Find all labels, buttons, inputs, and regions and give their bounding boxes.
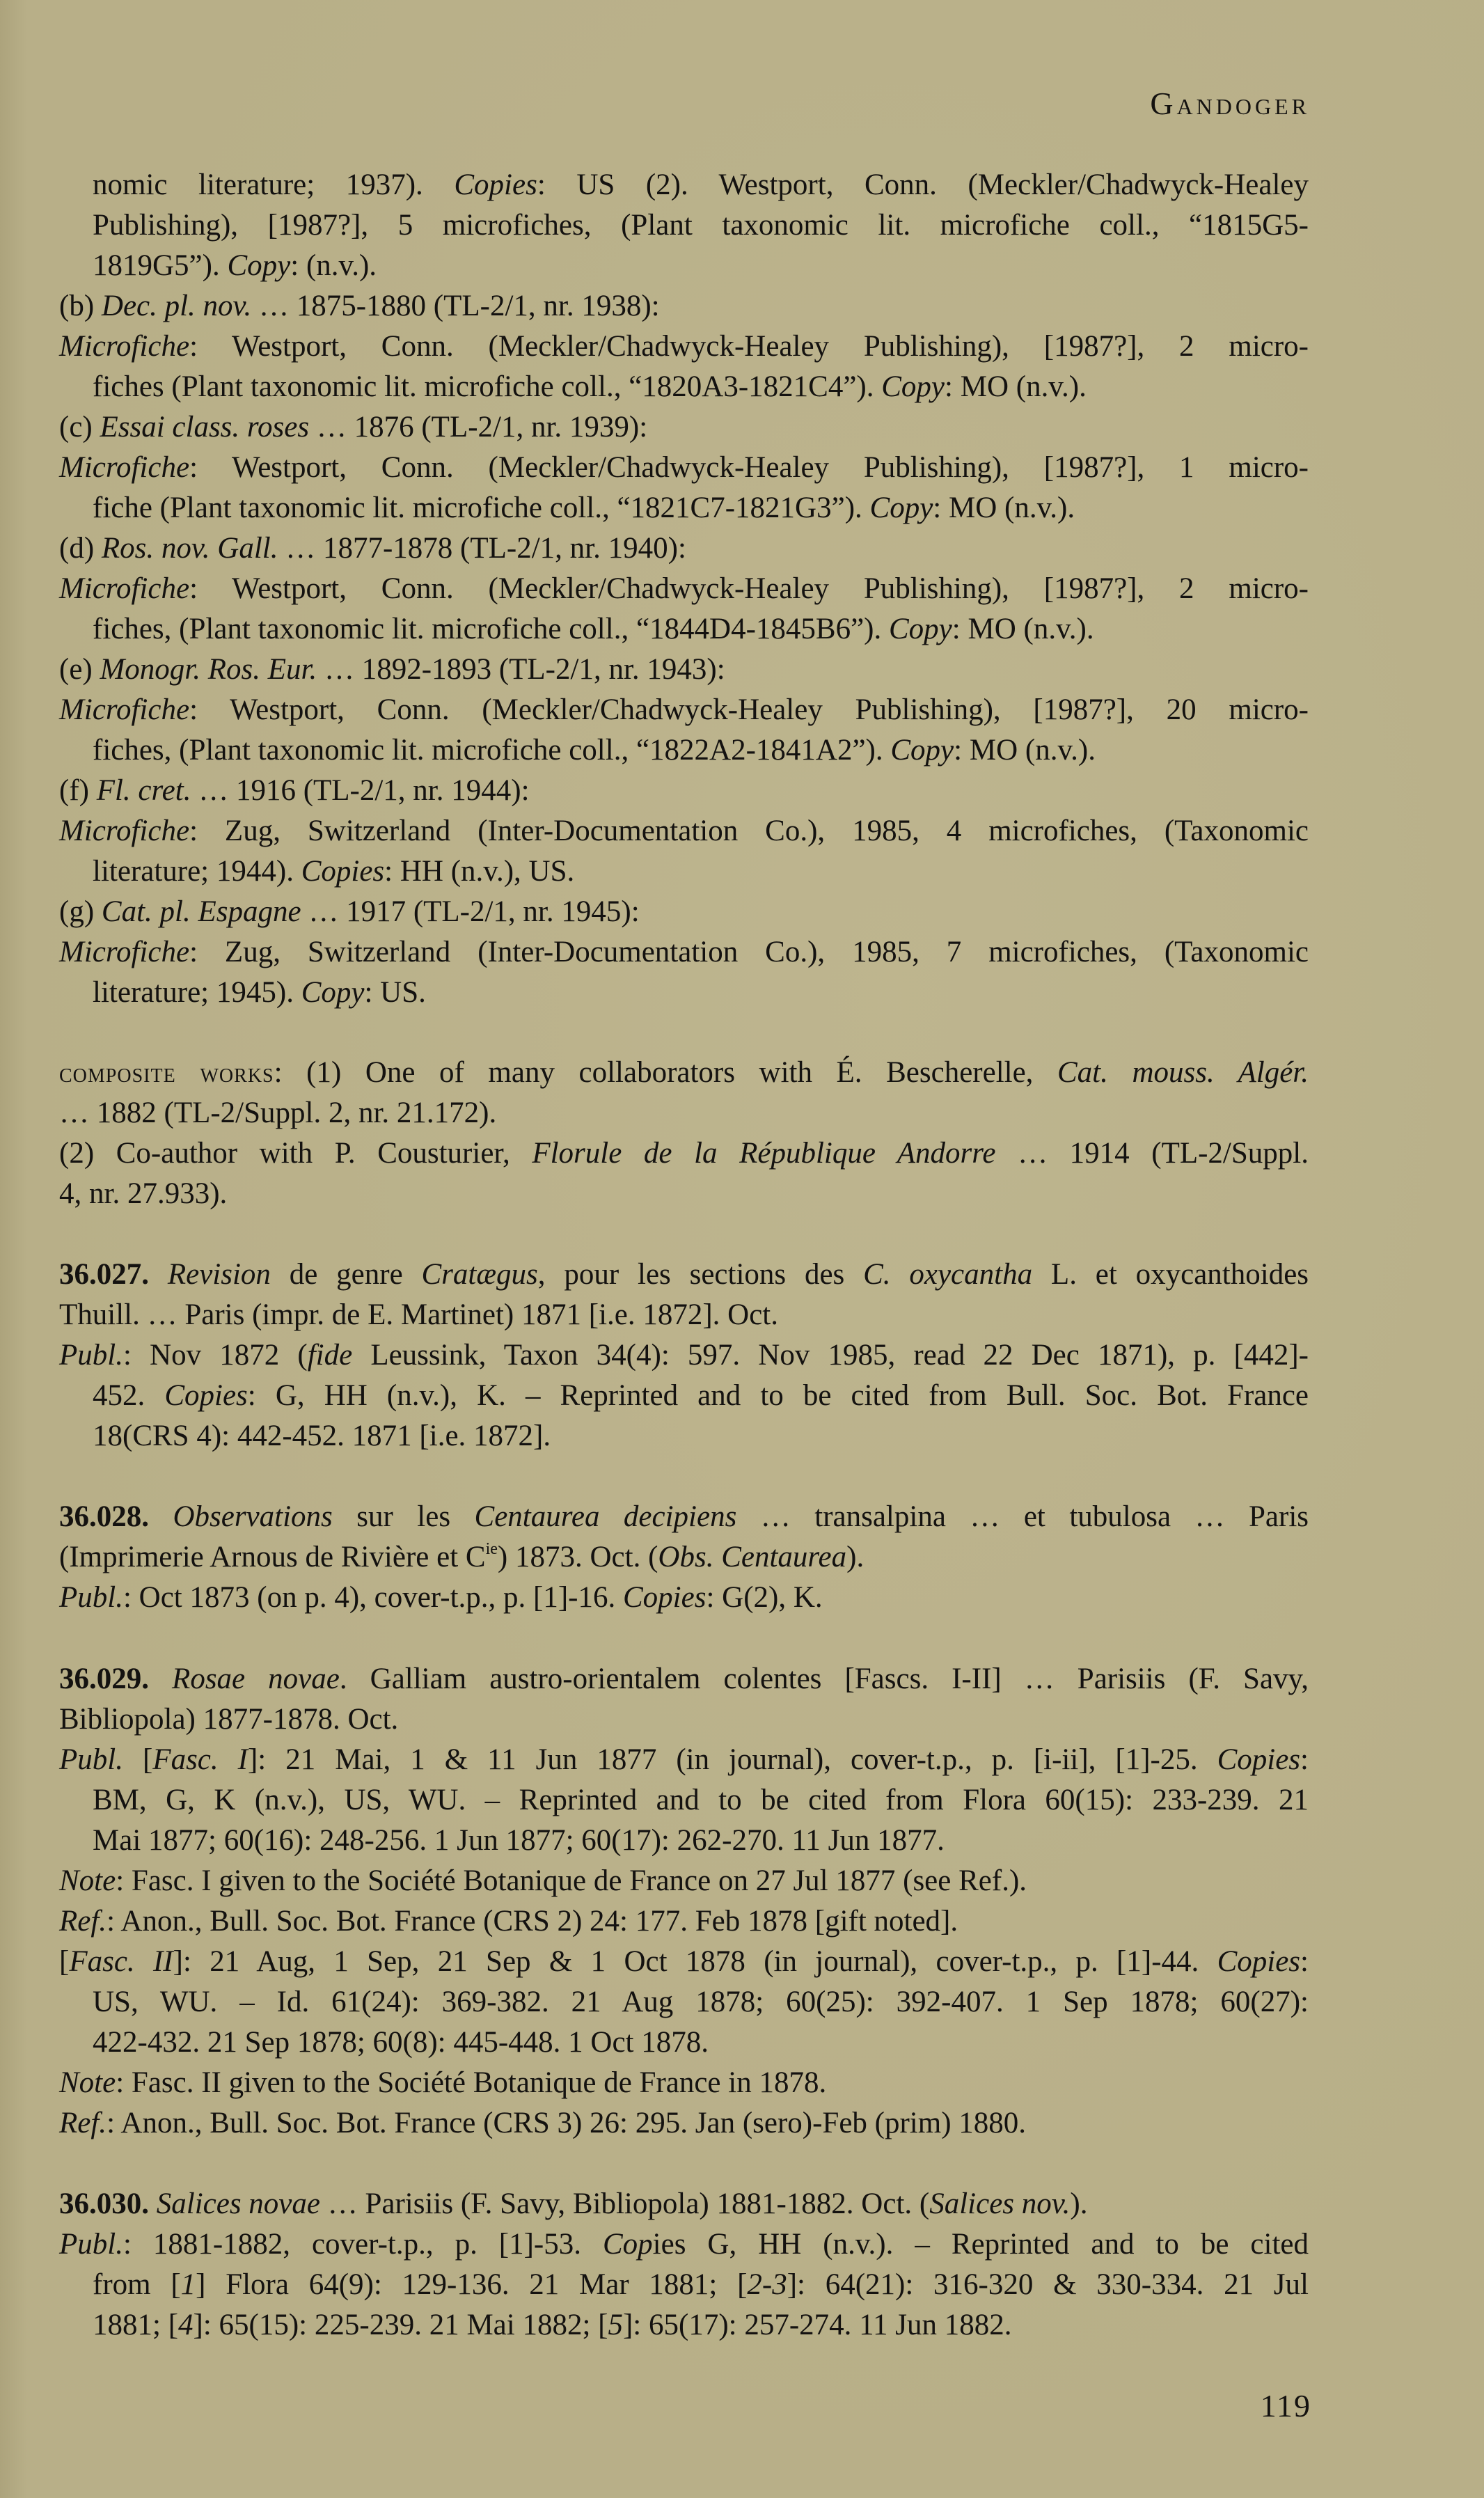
italic-text: C. oxycantha	[863, 1258, 1032, 1291]
text-run: from [	[93, 2268, 181, 2301]
text-run: : Zug, Switzerland (Inter-Documentation …	[189, 936, 1309, 968]
text-run: fiche (Plant taxonomic lit. microfiche c…	[93, 492, 870, 524]
text-line: (e) Monogr. Ros. Eur. … 1892-1893 (TL-2/…	[59, 650, 1309, 690]
text-line: Publ. [Fasc. I]: 21 Mai, 1 & 11 Jun 1877…	[59, 1740, 1309, 1780]
text-line: literature; 1945). Copy: US.	[93, 973, 1309, 1013]
text-run: Bibliopola) 1877-1878. Oct.	[59, 1703, 398, 1736]
text-line: … 1882 (TL-2/Suppl. 2, nr. 21.172).	[59, 1093, 1309, 1133]
text-run: 4, nr. 27.933).	[59, 1177, 227, 1210]
text-run: [	[59, 1945, 69, 1978]
text-run: : G(2), K.	[706, 1581, 822, 1614]
italic-text: Centaurea decipiens	[475, 1500, 737, 1533]
italic-text: Copies	[301, 855, 384, 888]
text-line: Composite works: (1) One of many collabo…	[59, 1053, 1309, 1093]
entry-number: 36.029.	[59, 1663, 172, 1695]
text-line: Microfiche: Westport, Conn. (Meckler/Cha…	[59, 448, 1309, 488]
italic-text: Microfiche	[59, 693, 189, 726]
text-run: … 1914 (TL-2/Suppl.	[996, 1137, 1309, 1170]
text-run: BM, G, K (n.v.), US, WU. – Reprinted and…	[93, 1784, 1309, 1816]
text-run: … 1916 (TL-2/1, nr. 1944):	[191, 774, 529, 807]
italic-text: Essai class. roses	[100, 411, 309, 443]
text-line: Publ.: Oct 1873 (on p. 4), cover-t.p., p…	[59, 1578, 1309, 1618]
italic-text: Copy	[881, 370, 945, 403]
italic-text: Revision	[168, 1258, 271, 1291]
text-run: : Fasc. II given to the Société Botaniqu…	[116, 2066, 826, 2099]
italic-text: Salices novae	[157, 2187, 320, 2220]
text-run: ie	[486, 1540, 498, 1558]
italic-text: Publ.	[59, 2228, 123, 2261]
text-run: ]: 65(15): 225-239. 21 Mai 1882; [	[194, 2309, 608, 2341]
text-run: ).	[1070, 2187, 1087, 2220]
text-run: L. et oxycanthoides	[1032, 1258, 1309, 1291]
text-run: Mai 1877; 60(16): 248-256. 1 Jun 1877; 6…	[93, 1824, 945, 1857]
text-run: … 1877-1878 (TL-2/1, nr. 1940):	[278, 532, 686, 565]
text-run: , pour les sections des	[538, 1258, 863, 1291]
text-run: Publishing), [1987?], 5 microfiches, (Pl…	[93, 209, 1309, 242]
text-line: 1819G5”). Copy: (n.v.).	[93, 246, 1309, 286]
italic-text: Obs. Centaurea	[658, 1541, 846, 1573]
text-line: Publ.: Nov 1872 (fide Leussink, Taxon 34…	[59, 1335, 1309, 1376]
text-run: ) 1873. Oct. (	[498, 1541, 658, 1573]
text-run: : Nov 1872 (	[123, 1339, 308, 1372]
text-run: : Zug, Switzerland (Inter-Documentation …	[189, 815, 1309, 847]
text-run: … transalpina … et tubulosa … Paris	[736, 1500, 1309, 1533]
italic-text: Rosae novae	[172, 1663, 340, 1695]
italic-text: Ref.	[59, 1905, 106, 1938]
italic-text: Publ.	[59, 1581, 123, 1614]
text-line: Microfiche: Zug, Switzerland (Inter-Docu…	[59, 811, 1309, 851]
text-line: (g) Cat. pl. Espagne … 1917 (TL-2/1, nr.…	[59, 892, 1309, 932]
italic-text: Fasc. II	[69, 1945, 173, 1978]
text-run: US, WU. – Id. 61(24): 369-382. 21 Aug 18…	[93, 1986, 1309, 2018]
italic-text: Monogr. Ros. Eur.	[100, 653, 317, 686]
text-run: de genre	[271, 1258, 422, 1291]
text-line: Microfiche: Westport, Conn. (Meckler/Cha…	[59, 569, 1309, 609]
italic-text: Publ.	[59, 1743, 123, 1776]
italic-text: Copy	[889, 613, 952, 645]
text-line: Bibliopola) 1877-1878. Oct.	[59, 1699, 1309, 1740]
text-line: nomic literature; 1937). Copies: US (2).…	[93, 165, 1309, 205]
italic-text: Florule de la République Andorre	[532, 1137, 995, 1170]
text-run: : US.	[364, 976, 425, 1009]
italic-text: Copies	[623, 1581, 706, 1614]
text-run: … 1876 (TL-2/1, nr. 1939):	[309, 411, 647, 443]
italic-text: Fasc. I	[152, 1743, 248, 1776]
text-run: sur les	[333, 1500, 475, 1533]
italic-text: Microfiche	[59, 451, 189, 484]
italic-text: Microfiche	[59, 815, 189, 847]
text-line: 452. Copies: G, HH (n.v.), K. – Reprinte…	[93, 1376, 1309, 1416]
text-run: : Westport, Conn. (Meckler/Chadwyck-Heal…	[189, 693, 1309, 726]
text-run: ies G, HH (n.v.). – Reprinted and to be …	[653, 2228, 1309, 2261]
text-run: . Galliam austro-orientalem colentes [Fa…	[340, 1663, 1309, 1695]
text-run: : US (2). Westport, Conn. (Meckler/Chadw…	[537, 168, 1309, 201]
text-run: (c)	[59, 411, 100, 443]
text-line: Microfiche: Westport, Conn. (Meckler/Cha…	[59, 327, 1309, 367]
text-line: fiches, (Plant taxonomic lit. microfiche…	[93, 730, 1309, 771]
text-line: Mai 1877; 60(16): 248-256. 1 Jun 1877; 6…	[93, 1821, 1309, 1861]
italic-text: Note	[59, 1864, 116, 1897]
text-run: (f)	[59, 774, 97, 807]
text-run: ] Flora 64(9): 129-136. 21 Mar 1881; [	[196, 2268, 747, 2301]
book-page: Gandoger nomic literature; 1937). Copies…	[0, 0, 1484, 2498]
italic-text: Fl. cret.	[97, 774, 191, 807]
text-run: (b)	[59, 290, 102, 322]
italic-text: Ref.	[59, 2107, 106, 2139]
text-line: Ref.: Anon., Bull. Soc. Bot. France (CRS…	[59, 1901, 1309, 1942]
text-line: (f) Fl. cret. … 1916 (TL-2/1, nr. 1944):	[59, 771, 1309, 811]
italic-text: Copy	[227, 249, 290, 282]
text-run: fiches (Plant taxonomic lit. microfiche …	[93, 370, 881, 403]
text-line: 422-432. 21 Sep 1878; 60(8): 445-448. 1 …	[93, 2022, 1309, 2063]
entry-number: 36.028.	[59, 1500, 173, 1533]
italic-text: Cop	[603, 2228, 653, 2261]
section-label: Composite works	[59, 1057, 274, 1088]
running-head: Gandoger	[1150, 84, 1310, 124]
text-run: (d)	[59, 532, 102, 565]
text-run: nomic literature; 1937).	[93, 168, 454, 201]
text-line: Publishing), [1987?], 5 microfiches, (Pl…	[93, 205, 1309, 246]
text-run: Thuill. … Paris (impr. de E. Martinet) 1…	[59, 1298, 778, 1331]
text-line: 4, nr. 27.933).	[59, 1174, 1309, 1214]
text-run: 1819G5”).	[93, 249, 227, 282]
italic-text: 2-3	[747, 2268, 787, 2301]
italic-text: Dec. pl. nov.	[102, 290, 251, 322]
italic-text: Observations	[173, 1500, 332, 1533]
italic-text: Salices nov.	[929, 2187, 1070, 2220]
text-line: (d) Ros. nov. Gall. … 1877-1878 (TL-2/1,…	[59, 528, 1309, 569]
text-line: Microfiche: Westport, Conn. (Meckler/Cha…	[59, 690, 1309, 730]
text-line: Thuill. … Paris (impr. de E. Martinet) 1…	[59, 1295, 1309, 1335]
text-line: Publ.: 1881-1882, cover-t.p., p. [1]-53.…	[59, 2224, 1309, 2265]
text-run: (2) Co-author with P. Cousturier,	[59, 1137, 532, 1170]
text-run: ]: 65(17): 257-274. 11 Jun 1882.	[623, 2309, 1012, 2341]
italic-text: Microfiche	[59, 936, 189, 968]
italic-text: Copies	[1217, 1743, 1300, 1776]
italic-text: Cratægus	[422, 1258, 538, 1291]
italic-text: Cat. pl. Espagne	[102, 895, 301, 928]
text-run: : MO (n.v.).	[945, 370, 1087, 403]
text-run: fiches, (Plant taxonomic lit. microfiche…	[93, 613, 889, 645]
italic-text: 1	[181, 2268, 196, 2301]
text-line: BM, G, K (n.v.), US, WU. – Reprinted and…	[93, 1780, 1309, 1821]
text-run: (e)	[59, 653, 100, 686]
text-line: 18(CRS 4): 442-452. 1871 [i.e. 1872].	[93, 1416, 1309, 1456]
text-run: Leussink, Taxon 34(4): 597. Nov 1985, re…	[352, 1339, 1309, 1372]
text-line: Note: Fasc. I given to the Société Botan…	[59, 1861, 1309, 1901]
italic-text: Microfiche	[59, 572, 189, 605]
text-line: (2) Co-author with P. Cousturier, Florul…	[59, 1133, 1309, 1174]
italic-text: Cat. mouss. Algér.	[1057, 1056, 1309, 1089]
text-line: (Imprimerie Arnous de Rivière et Cie) 18…	[59, 1537, 1309, 1578]
text-run: [	[123, 1743, 152, 1776]
text-line: (b) Dec. pl. nov. … 1875-1880 (TL-2/1, n…	[59, 286, 1309, 327]
text-run: : Anon., Bull. Soc. Bot. France (CRS 2) …	[106, 1905, 958, 1938]
italic-text: Copies	[164, 1379, 247, 1412]
text-run: : G, HH (n.v.), K. – Reprinted and to be…	[248, 1379, 1309, 1412]
text-line: fiches, (Plant taxonomic lit. microfiche…	[93, 609, 1309, 650]
text-line: Ref.: Anon., Bull. Soc. Bot. France (CRS…	[59, 2103, 1309, 2144]
text-line: [Fasc. II]: 21 Aug, 1 Sep, 21 Sep & 1 Oc…	[59, 1942, 1309, 1982]
text-run: (g)	[59, 895, 102, 928]
text-line: fiche (Plant taxonomic lit. microfiche c…	[93, 488, 1309, 528]
text-line: US, WU. – Id. 61(24): 369-382. 21 Aug 18…	[93, 1982, 1309, 2022]
text-run: : MO (n.v.).	[954, 734, 1096, 767]
text-run: : Oct 1873 (on p. 4), cover-t.p., p. [1]…	[123, 1581, 623, 1614]
text-run: : Fasc. I given to the Société Botanique…	[116, 1864, 1027, 1897]
italic-text: Copy	[301, 976, 365, 1009]
text-run: … 1882 (TL-2/Suppl. 2, nr. 21.172).	[59, 1097, 496, 1129]
text-run: 422-432. 21 Sep 1878; 60(8): 445-448. 1 …	[93, 2026, 709, 2059]
text-line: 36.029. Rosae novae. Galliam austro-orie…	[59, 1659, 1309, 1699]
italic-text: Microfiche	[59, 330, 189, 363]
text-run: :	[1300, 1743, 1309, 1776]
italic-text: Note	[59, 2066, 116, 2099]
text-line: 36.027. Revision de genre Cratægus, pour…	[59, 1255, 1309, 1295]
page-number: 119	[1261, 2386, 1311, 2426]
italic-text: Copies	[1217, 1945, 1300, 1978]
entry-number: 36.030.	[59, 2187, 157, 2220]
text-line: literature; 1944). Copies: HH (n.v.), US…	[93, 851, 1309, 892]
italic-text: fide	[308, 1339, 352, 1372]
text-run: ]: 21 Mai, 1 & 11 Jun 1877 (in journal),…	[248, 1743, 1217, 1776]
text-run: 1881; [	[93, 2309, 178, 2341]
text-run: ]: 64(21): 316-320 & 330-334. 21 Jul	[787, 2268, 1309, 2301]
text-run: literature; 1944).	[93, 855, 301, 888]
text-run: fiches, (Plant taxonomic lit. microfiche…	[93, 734, 890, 767]
text-run: ).	[846, 1541, 864, 1573]
italic-text: Copies	[454, 168, 537, 201]
text-run: :	[1300, 1945, 1309, 1978]
text-line: 36.028. Observations sur les Centaurea d…	[59, 1497, 1309, 1537]
text-run: : MO (n.v.).	[952, 613, 1094, 645]
text-run: : MO (n.v.).	[933, 492, 1075, 524]
text-run: … 1875-1880 (TL-2/1, nr. 1938):	[251, 290, 659, 322]
italic-text: 5	[608, 2309, 623, 2341]
text-run: … Parisiis (F. Savy, Bibliopola) 1881-18…	[320, 2187, 929, 2220]
italic-text: Copy	[890, 734, 954, 767]
text-line: Note: Fasc. II given to the Société Bota…	[59, 2063, 1309, 2103]
text-line: (c) Essai class. roses … 1876 (TL-2/1, n…	[59, 407, 1309, 448]
text-run: … 1892-1893 (TL-2/1, nr. 1943):	[317, 653, 725, 686]
text-run: : Westport, Conn. (Meckler/Chadwyck-Heal…	[189, 572, 1309, 605]
italic-text: 4	[178, 2309, 194, 2341]
text-run: 18(CRS 4): 442-452. 1871 [i.e. 1872].	[93, 1420, 551, 1452]
text-run: : Anon., Bull. Soc. Bot. France (CRS 3) …	[106, 2107, 1026, 2139]
text-run: … 1917 (TL-2/1, nr. 1945):	[301, 895, 640, 928]
italic-text: Copy	[870, 492, 933, 524]
text-run: : HH (n.v.), US.	[384, 855, 574, 888]
text-line: 1881; [4]: 65(15): 225-239. 21 Mai 1882;…	[93, 2305, 1309, 2346]
text-run: ]: 21 Aug, 1 Sep, 21 Sep & 1 Oct 1878 (i…	[173, 1945, 1217, 1978]
text-line: fiches (Plant taxonomic lit. microfiche …	[93, 367, 1309, 407]
text-run: : 1881-1882, cover-t.p., p. [1]-53.	[123, 2228, 603, 2261]
text-run: literature; 1945).	[93, 976, 301, 1009]
text-run: : (1) One of many collaborators with É. …	[274, 1056, 1057, 1089]
text-run: : Westport, Conn. (Meckler/Chadwyck-Heal…	[189, 451, 1309, 484]
text-line: Microfiche: Zug, Switzerland (Inter-Docu…	[59, 932, 1309, 973]
entry-number: 36.027.	[59, 1258, 168, 1291]
text-line: from [1] Flora 64(9): 129-136. 21 Mar 18…	[93, 2265, 1309, 2305]
text-run: : Westport, Conn. (Meckler/Chadwyck-Heal…	[189, 330, 1309, 363]
italic-text: Publ.	[59, 1339, 123, 1372]
text-line: 36.030. Salices novae … Parisiis (F. Sav…	[59, 2184, 1309, 2224]
italic-text: Ros. nov. Gall.	[102, 532, 278, 565]
text-run: (Imprimerie Arnous de Rivière et C	[59, 1541, 486, 1573]
text-run: : (n.v.).	[290, 249, 377, 282]
text-run: 452.	[93, 1379, 164, 1412]
